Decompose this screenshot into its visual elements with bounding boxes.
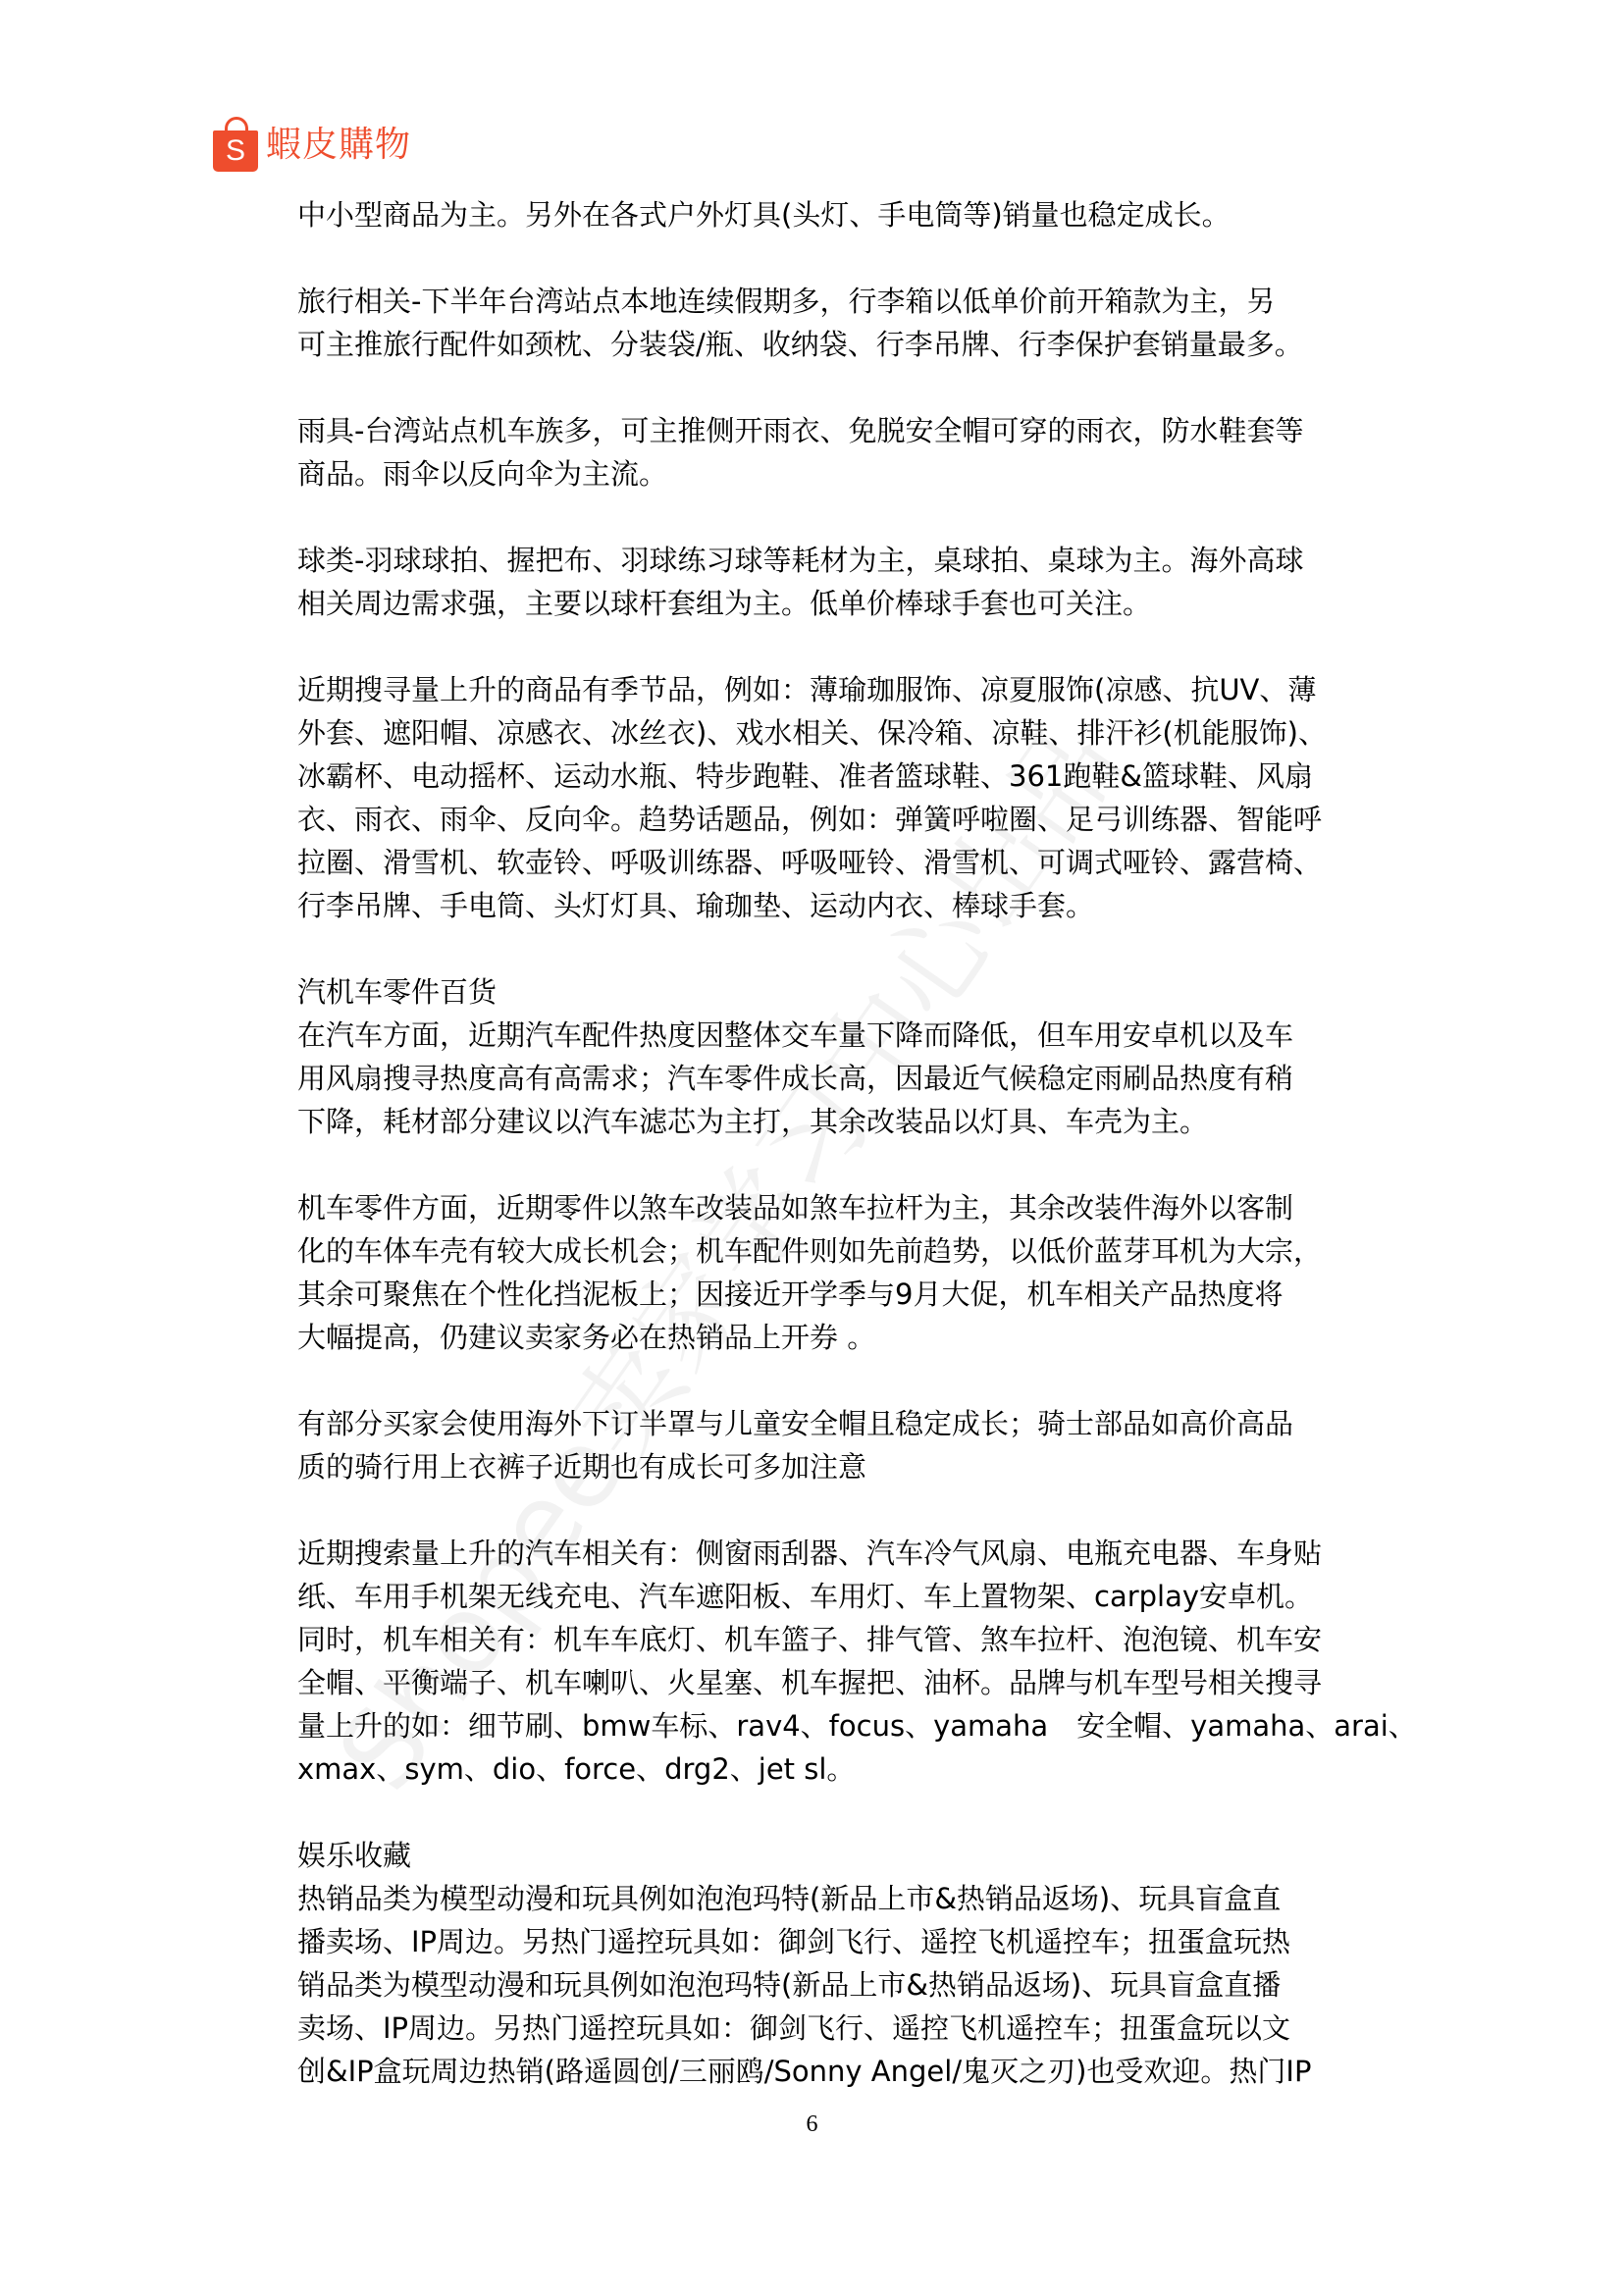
text-line: 商品。雨伞以反向伞为主流。 xyxy=(297,452,1445,495)
text-line: 卖场、IP周边。另热门遥控玩具如：御剑飞行、遥控飞机遥控车；扭蛋盒玩以文 xyxy=(297,2007,1445,2050)
text-line: 同时，机车相关有：机车车底灯、机车篮子、排气管、煞车拉杆、泡泡镜、机车安 xyxy=(297,1618,1445,1661)
text-line: xmax、sym、dio、force、drg2、jet sl。 xyxy=(297,1747,1445,1791)
paragraph: 中小型商品为主。另外在各式户外灯具(头灯、手电筒等)销量也稳定成长。 xyxy=(297,193,1445,236)
text-line: 冰霸杯、电动摇杯、运动水瓶、特步跑鞋、准者篮球鞋、361跑鞋&篮球鞋、风扇 xyxy=(297,755,1445,798)
paragraph-gap xyxy=(297,1488,1445,1532)
brand-name: 蝦皮購物 xyxy=(266,116,411,175)
section-heading: 汽机车零件百货 xyxy=(297,970,1445,1014)
paragraph: 雨具-台湾站点机车族多，可主推侧开雨衣、免脱安全帽可穿的雨衣，防水鞋套等商品。雨… xyxy=(297,409,1445,495)
text-line: 全帽、平衡端子、机车喇叭、火星塞、机车握把、油杯。品牌与机车型号相关搜寻 xyxy=(297,1661,1445,1704)
text-line: 近期搜寻量上升的商品有季节品，例如：薄瑜珈服饰、凉夏服饰(凉感、抗UV、薄 xyxy=(297,668,1445,711)
text-line: 用风扇搜寻热度高有高需求；汽车零件成长高，因最近气候稳定雨刷品热度有稍 xyxy=(297,1057,1445,1100)
paragraph: 旅行相关-下半年台湾站点本地连续假期多，行李箱以低单价前开箱款为主，另可主推旅行… xyxy=(297,280,1445,366)
text-line: 衣、雨衣、雨伞、反向伞。趋势话题品，例如：弹簧呼啦圈、足弓训练器、智能呼 xyxy=(297,798,1445,841)
text-line: 中小型商品为主。另外在各式户外灯具(头灯、手电筒等)销量也稳定成长。 xyxy=(297,193,1445,236)
text-line: 大幅提高，仍建议卖家务必在热销品上开券 。 xyxy=(297,1316,1445,1359)
paragraph-gap xyxy=(297,236,1445,280)
text-line: 其余可聚焦在个性化挡泥板上；因接近开学季与9月大促，机车相关产品热度将 xyxy=(297,1273,1445,1316)
paragraph-gap xyxy=(297,1359,1445,1402)
paragraph-gap xyxy=(297,927,1445,970)
paragraph: 近期搜寻量上升的商品有季节品，例如：薄瑜珈服饰、凉夏服饰(凉感、抗UV、薄外套、… xyxy=(297,668,1445,927)
paragraph: 近期搜索量上升的汽车相关有：侧窗雨刮器、汽车冷气风扇、电瓶充电器、车身贴纸、车用… xyxy=(297,1532,1445,1791)
text-line: 相关周边需求强，主要以球杆套组为主。低单价棒球手套也可关注。 xyxy=(297,582,1445,625)
text-line: 雨具-台湾站点机车族多，可主推侧开雨衣、免脱安全帽可穿的雨衣，防水鞋套等 xyxy=(297,409,1445,452)
paragraph-gap xyxy=(297,1791,1445,1834)
text-line: 下降，耗材部分建议以汽车滤芯为主打，其余改装品以灯具、车壳为主。 xyxy=(297,1100,1445,1143)
text-line: 旅行相关-下半年台湾站点本地连续假期多，行李箱以低单价前开箱款为主，另 xyxy=(297,280,1445,323)
paragraph: 有部分买家会使用海外下订半罩与儿童安全帽且稳定成长；骑士部品如高价高品质的骑行用… xyxy=(297,1402,1445,1488)
text-line: 球类-羽球球拍、握把布、羽球练习球等耗材为主，桌球拍、桌球为主。海外高球 xyxy=(297,539,1445,582)
section: 汽机车零件百货在汽车方面，近期汽车配件热度因整体交车量下降而降低，但车用安卓机以… xyxy=(297,970,1445,1143)
text-line: 纸、车用手机架无线充电、汽车遮阳板、车用灯、车上置物架、carplay安卓机。 xyxy=(297,1575,1445,1618)
text-line: 热销品类为模型动漫和玩具例如泡泡玛特(新品上市&热销品返场)、玩具盲盒直 xyxy=(297,1877,1445,1920)
page-number: 6 xyxy=(0,2112,1624,2138)
paragraph-gap xyxy=(297,495,1445,539)
paragraph-gap xyxy=(297,366,1445,409)
text-line: 机车零件方面，近期零件以煞车改装品如煞车拉杆为主，其余改装件海外以客制 xyxy=(297,1186,1445,1229)
text-line: 在汽车方面，近期汽车配件热度因整体交车量下降而降低，但车用安卓机以及车 xyxy=(297,1014,1445,1057)
text-line: 拉圈、滑雪机、软壶铃、呼吸训练器、呼吸哑铃、滑雪机、可调式哑铃、露营椅、 xyxy=(297,841,1445,884)
shopee-logo: S 蝦皮購物 xyxy=(213,116,411,175)
section-heading: 娱乐收藏 xyxy=(297,1834,1445,1877)
paragraph: 球类-羽球球拍、握把布、羽球练习球等耗材为主，桌球拍、桌球为主。海外高球相关周边… xyxy=(297,539,1445,625)
text-line: 播卖场、IP周边。另热门遥控玩具如：御剑飞行、遥控飞机遥控车；扭蛋盒玩热 xyxy=(297,1920,1445,1963)
text-line: 销品类为模型动漫和玩具例如泡泡玛特(新品上市&热销品返场)、玩具盲盒直播 xyxy=(297,1963,1445,2007)
document-body: 中小型商品为主。另外在各式户外灯具(头灯、手电筒等)销量也稳定成长。旅行相关-下… xyxy=(297,193,1445,2093)
text-line: 有部分买家会使用海外下订半罩与儿童安全帽且稳定成长；骑士部品如高价高品 xyxy=(297,1402,1445,1445)
text-line: 外套、遮阳帽、凉感衣、冰丝衣)、戏水相关、保冷箱、凉鞋、排汗衫(机能服饰)、 xyxy=(297,711,1445,755)
text-line: 近期搜索量上升的汽车相关有：侧窗雨刮器、汽车冷气风扇、电瓶充电器、车身贴 xyxy=(297,1532,1445,1575)
text-line: 可主推旅行配件如颈枕、分装袋/瓶、收纳袋、行李吊牌、行李保护套销量最多。 xyxy=(297,323,1445,366)
text-line: 量上升的如：细节刷、bmw车标、rav4、focus、yamaha 安全帽、ya… xyxy=(297,1704,1445,1747)
section: 娱乐收藏热销品类为模型动漫和玩具例如泡泡玛特(新品上市&热销品返场)、玩具盲盒直… xyxy=(297,1834,1445,2093)
paragraph: 机车零件方面，近期零件以煞车改装品如煞车拉杆为主，其余改装件海外以客制化的车体车… xyxy=(297,1186,1445,1359)
paragraph-gap xyxy=(297,1143,1445,1186)
text-line: 质的骑行用上衣裤子近期也有成长可多加注意 xyxy=(297,1445,1445,1488)
text-line: 化的车体车壳有较大成长机会；机车配件则如先前趋势，以低价蓝芽耳机为大宗， xyxy=(297,1229,1445,1273)
shopping-bag-icon: S xyxy=(213,130,258,172)
text-line: 创&IP盒玩周边热销(路遥圆创/三丽鸥/Sonny Angel/鬼灭之刃)也受欢… xyxy=(297,2050,1445,2093)
paragraph-gap xyxy=(297,625,1445,668)
text-line: 行李吊牌、手电筒、头灯灯具、瑜珈垫、运动内衣、棒球手套。 xyxy=(297,884,1445,927)
